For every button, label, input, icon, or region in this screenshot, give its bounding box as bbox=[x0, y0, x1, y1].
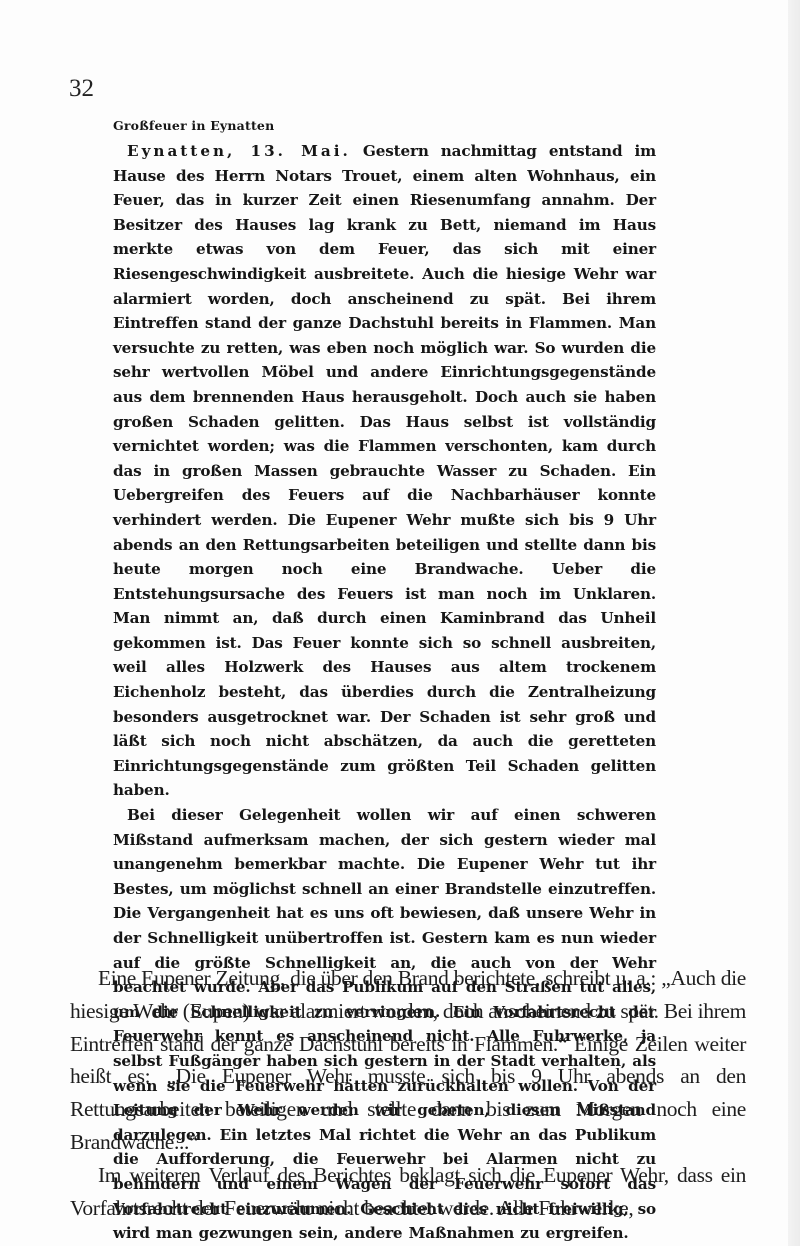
clipping-paragraph-1-text: Gestern nachmittag entstand im Hause des… bbox=[113, 142, 656, 799]
clipping-dateline: Eynatten, 13. Mai. bbox=[127, 142, 351, 160]
page-gutter-shadow bbox=[788, 0, 800, 1246]
clipping-paragraph-1: Eynatten, 13. Mai. Gestern nachmittag en… bbox=[113, 139, 656, 803]
body-paragraph-2: Im weiteren Verlauf des Berichtes beklag… bbox=[70, 1159, 746, 1225]
page-number: 32 bbox=[69, 74, 94, 104]
body-paragraph-1: Eine Eupener Zeitung, die über den Brand… bbox=[70, 962, 746, 1159]
book-page: 32 Großfeuer in Eynatten Eynatten, 13. M… bbox=[0, 0, 788, 1246]
book-body-text: Eine Eupener Zeitung, die über den Brand… bbox=[70, 962, 746, 1224]
clipping-headline: Großfeuer in Eynatten bbox=[113, 116, 656, 136]
